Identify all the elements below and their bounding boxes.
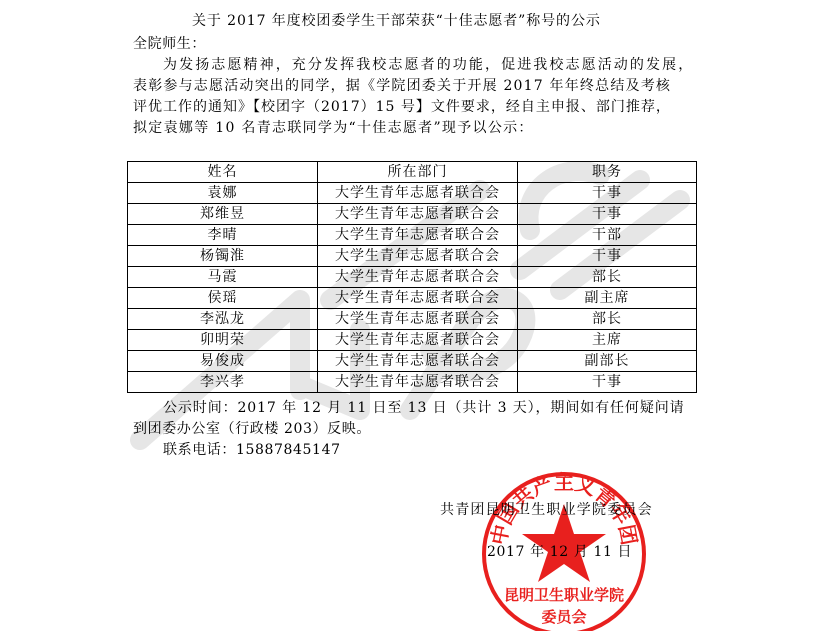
table-row: 马霞 大学生青年志愿者联合会 部长 [128,267,697,288]
cell-position: 干部 [518,225,697,246]
seal-inner-line-2: 委员会 [541,608,586,626]
cell-position: 部长 [518,267,697,288]
table-row: 李晴 大学生青年志愿者联合会 干部 [128,225,697,246]
cell-position: 干事 [518,246,697,267]
table-row: 郑维昱 大学生青年志愿者联合会 干事 [128,204,697,225]
header-position: 职务 [518,162,697,183]
cell-position: 副主席 [518,288,697,309]
document-title: 关于 2017 年度校团委学生干部荣获“十佳志愿者”称号的公示 [192,12,601,30]
cell-department: 大学生青年志愿者联合会 [318,246,518,267]
notice-document: 关于 2017 年度校团委学生干部荣获“十佳志愿者”称号的公示 全院师生： 为发… [0,0,823,631]
cell-department: 大学生青年志愿者联合会 [318,204,518,225]
signature-organization: 共青团昆明卫生职业学院委员会 [440,501,653,519]
signature-date: 2017 年 12 月 11 日 [487,543,632,561]
cell-name: 卯明荣 [128,330,318,351]
cell-department: 大学生青年志愿者联合会 [318,225,518,246]
table-row: 袁娜 大学生青年志愿者联合会 干事 [128,183,697,204]
header-name: 姓名 [128,162,318,183]
cell-department: 大学生青年志愿者联合会 [318,267,518,288]
contact-phone: 联系电话：15887845147 [163,441,341,459]
cell-position: 部长 [518,309,697,330]
table-row: 易俊成 大学生青年志愿者联合会 副部长 [128,351,697,372]
cell-position: 主席 [518,330,697,351]
cell-name: 李晴 [128,225,318,246]
cell-department: 大学生青年志愿者联合会 [318,183,518,204]
cell-position: 副部长 [518,351,697,372]
cell-name: 易俊成 [128,351,318,372]
cell-name: 郑维昱 [128,204,318,225]
table-row: 侯瑶 大学生青年志愿者联合会 副主席 [128,288,697,309]
cell-position: 干事 [518,183,697,204]
paragraph-line-3: 评优工作的通知》【校团字（2017）15 号】文件要求，经自主申报、部门推荐， [133,98,671,116]
header-department: 所在部门 [318,162,518,183]
notice-period-line-1: 公示时间：2017 年 12 月 11 日至 13 日（共计 3 天），期间如有… [163,399,685,417]
cell-position: 干事 [518,372,697,393]
table-row: 李泓龙 大学生青年志愿者联合会 部长 [128,309,697,330]
table-row: 李兴孝 大学生青年志愿者联合会 干事 [128,372,697,393]
greeting: 全院师生： [133,35,206,53]
table-header-row: 姓名 所在部门 职务 [128,162,697,183]
paragraph-line-2: 表彰参与志愿活动突出的同学，据《学院团委关于开展 2017 年年终总结及考核 [133,77,671,95]
seal-inner-line-1: 昆明卫生职业学院 [504,586,624,604]
cell-department: 大学生青年志愿者联合会 [318,351,518,372]
cell-name: 马霞 [128,267,318,288]
cell-name: 杨镯淮 [128,246,318,267]
cell-department: 大学生青年志愿者联合会 [318,288,518,309]
paragraph-line-1: 为发扬志愿精神，充分发挥我校志愿者的功能，促进我校志愿活动的发展， [163,56,694,74]
cell-department: 大学生青年志愿者联合会 [318,330,518,351]
table-row: 卯明荣 大学生青年志愿者联合会 主席 [128,330,697,351]
notice-period-line-2: 到团委办公室（行政楼 203）反映。 [133,420,371,438]
cell-name: 李泓龙 [128,309,318,330]
cell-name: 李兴孝 [128,372,318,393]
cell-position: 干事 [518,204,697,225]
volunteer-table: 姓名 所在部门 职务 袁娜 大学生青年志愿者联合会 干事 郑维昱 大学生青年志愿… [127,161,697,393]
cell-name: 侯瑶 [128,288,318,309]
table-row: 杨镯淮 大学生青年志愿者联合会 干事 [128,246,697,267]
paragraph-line-4: 拟定袁娜等 10 名青志联同学为“十佳志愿者”现予以公示： [133,119,534,137]
cell-department: 大学生青年志愿者联合会 [318,372,518,393]
cell-department: 大学生青年志愿者联合会 [318,309,518,330]
cell-name: 袁娜 [128,183,318,204]
